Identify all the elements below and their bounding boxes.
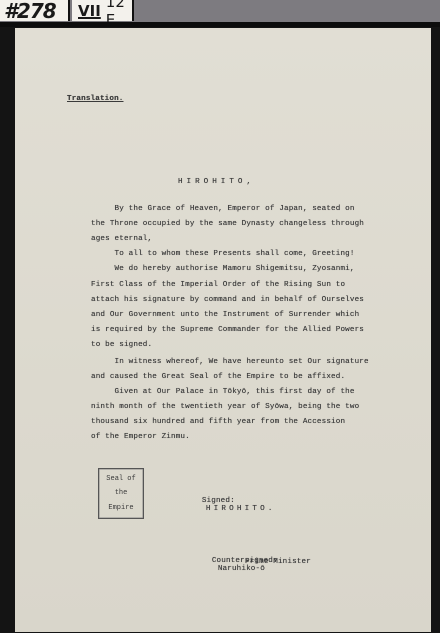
body-line: attach his signature by command and in b…	[91, 296, 364, 304]
body-line: of the Emperor Zinmu.	[91, 433, 190, 441]
seal-line: the	[115, 489, 128, 497]
seal-of-empire-box: Seal of the Empire	[98, 468, 144, 519]
countersigned-name: Naruhiko-ō	[218, 565, 265, 573]
signature-line: Signed: HIROHITO.	[183, 489, 276, 521]
body-line: To all to whom these Presents shall come…	[91, 250, 355, 258]
body-line: We do hereby authorise Mamoru Shigemitsu…	[91, 265, 355, 273]
item-number-label: #278	[0, 0, 70, 21]
seal-line: Seal of	[106, 475, 135, 483]
body-line: thousand six hundred and fifth year from…	[91, 418, 345, 426]
countersigned-title: Prime Minister	[245, 558, 311, 566]
body-line: In witness whereof, We have hereunto set…	[91, 358, 369, 366]
body-line: By the Grace of Heaven, Emperor of Japan…	[91, 205, 355, 213]
document-page: Translation. HIROHITO, By the Grace of H…	[15, 28, 431, 632]
box-code-label: VII 12 E	[72, 0, 134, 21]
section-label: Translation.	[67, 95, 123, 103]
seal-line: Empire	[108, 504, 133, 512]
body-line: the Throne occupied by the same Dynasty …	[91, 220, 364, 228]
document-heading: HIROHITO,	[178, 178, 255, 186]
body-line: and caused the Great Seal of the Empire …	[91, 373, 345, 381]
signed-name: HIROHITO.	[206, 505, 276, 513]
body-line: ages eternal,	[91, 235, 152, 243]
box-code-roman: VII	[78, 2, 101, 20]
divider	[0, 22, 440, 27]
body-line: is required by the Supreme Commander for…	[91, 326, 364, 334]
body-line: First Class of the Imperial Order of the…	[91, 281, 345, 289]
body-line: to be signed.	[91, 341, 152, 349]
body-line: ninth month of the twentieth year of Syō…	[91, 403, 359, 411]
signed-label: Signed:	[202, 497, 235, 505]
body-line: Given at Our Palace in Tōkyō, this first…	[91, 388, 355, 396]
body-line: and Our Government unto the Instrument o…	[91, 311, 359, 319]
